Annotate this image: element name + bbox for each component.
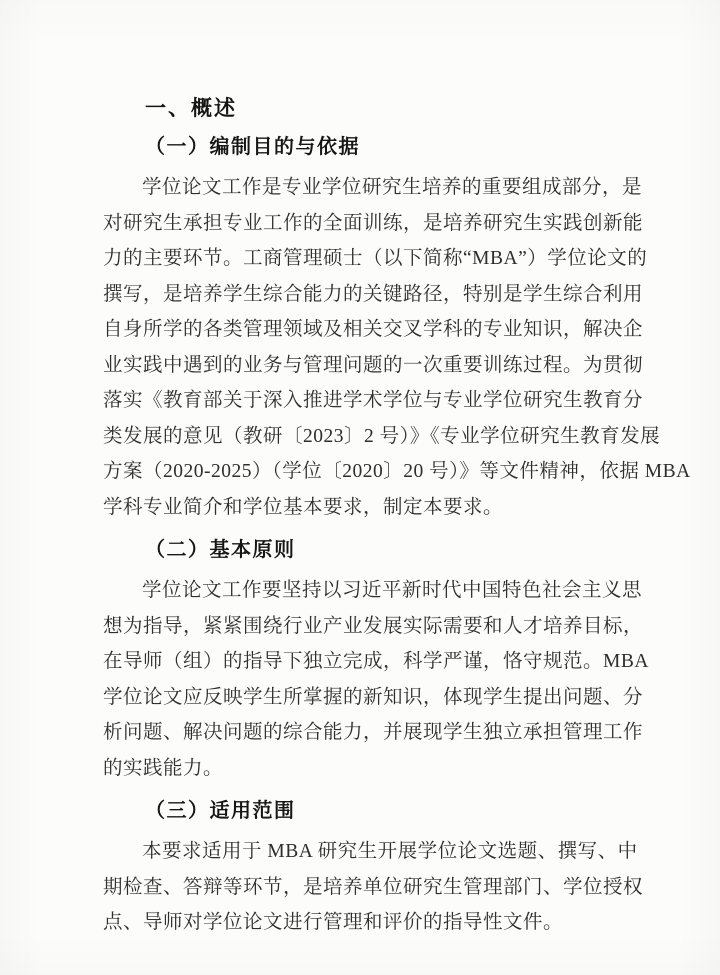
paragraph-line: 撰写，是培养学生综合能力的关键路径，特别是学生综合利用 bbox=[103, 277, 621, 313]
document-page: 一、概述 （一）编制目的与依据 学位论文工作是专业学位研究生培养的重要组成部分，… bbox=[0, 0, 720, 975]
paragraph-line: 学位论文工作是专业学位研究生培养的重要组成部分，是 bbox=[103, 170, 621, 206]
paragraph-line: 对研究生承担专业工作的全面训练，是培养研究生实践创新能 bbox=[103, 206, 621, 242]
paragraph-line: 析问题、解决问题的综合能力，并展现学生独立承担管理工作 bbox=[103, 715, 621, 751]
paragraph-purpose-basis: 学位论文工作是专业学位研究生培养的重要组成部分，是 对研究生承担专业工作的全面训… bbox=[103, 170, 621, 525]
paragraph-line: 学位论文应反映学生所掌握的新知识，体现学生提出问题、分 bbox=[103, 680, 621, 716]
paragraph-line: 学科专业简介和学位基本要求，制定本要求。 bbox=[103, 490, 621, 526]
paragraph-line: 期检查、答辩等环节，是培养单位研究生管理部门、学位授权 bbox=[103, 870, 621, 906]
paragraph-line: 的实践能力。 bbox=[103, 751, 621, 787]
paragraph-line: 想为指导，紧紧围绕行业产业发展实际需要和人才培养目标， bbox=[103, 609, 621, 645]
paragraph-basic-principles: 学位论文工作要坚持以习近平新时代中国特色社会主义思 想为指导，紧紧围绕行业产业发… bbox=[103, 573, 621, 786]
paragraph-line: 业实践中遇到的业务与管理问题的一次重要训练过程。为贯彻 bbox=[103, 348, 621, 384]
subsection-heading-purpose-basis: （一）编制目的与依据 bbox=[145, 133, 621, 161]
section-title-overview: 一、概述 bbox=[145, 96, 621, 122]
paragraph-line: 落实《教育部关于深入推进学术学位与专业学位研究生教育分 bbox=[103, 383, 621, 419]
paragraph-line: 在导师（组）的指导下独立完成，科学严谨，恪守规范。MBA bbox=[103, 644, 621, 680]
paragraph-scope: 本要求适用于 MBA 研究生开展学位论文选题、撰写、中 期检查、答辩等环节，是培… bbox=[103, 834, 621, 941]
subsection-heading-scope: （三）适用范围 bbox=[145, 797, 621, 825]
paragraph-line: 力的主要环节。工商管理硕士（以下简称“MBA”）学位论文的 bbox=[103, 241, 621, 277]
paragraph-line: 本要求适用于 MBA 研究生开展学位论文选题、撰写、中 bbox=[103, 834, 621, 870]
paragraph-line: 类发展的意见（教研〔2023〕2 号）》《专业学位研究生教育发展 bbox=[103, 419, 621, 455]
paragraph-line: 自身所学的各类管理领域及相关交叉学科的专业知识，解决企 bbox=[103, 312, 621, 348]
paragraph-line: 学位论文工作要坚持以习近平新时代中国特色社会主义思 bbox=[103, 573, 621, 609]
paragraph-line: 点、导师对学位论文进行管理和评价的指导性文件。 bbox=[103, 905, 621, 941]
paragraph-line: 方案（2020-2025）（学位〔2020〕20 号）》等文件精神，依据 MBA bbox=[103, 454, 621, 490]
subsection-heading-basic-principles: （二）基本原则 bbox=[145, 536, 621, 564]
